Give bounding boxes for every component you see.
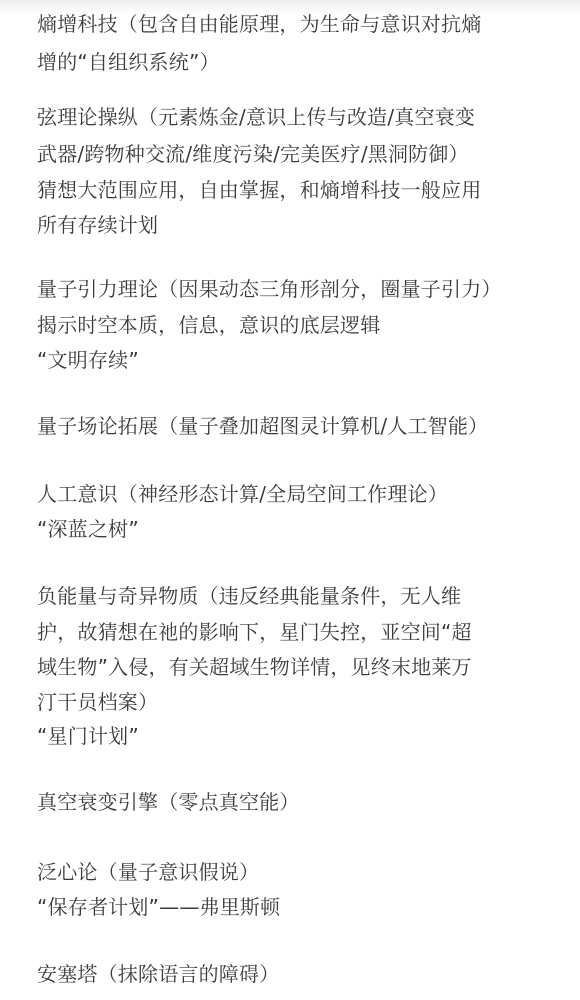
section-6-line-4: 汀干员档案） bbox=[37, 690, 158, 714]
section-6-line-5: “星门计划” bbox=[37, 724, 139, 748]
section-2-line-2: 武器/跨物种交流/维度污染/完美医疗/黑洞防御） bbox=[37, 142, 469, 166]
section-2-line-3: 猜想大范围应用，自由掌握，和熵增科技一般应用 bbox=[37, 178, 481, 202]
section-6-line-1: 负能量与奇异物质（违反经典能量条件，无人维 bbox=[37, 584, 461, 608]
section-6-line-2: 护，故猜想在祂的影响下，星门失控，亚空间“超 bbox=[37, 620, 472, 644]
section-5-line-2: “深蓝之树” bbox=[37, 517, 139, 541]
section-6-line-3: 域生物”入侵，有关超域生物详情，见终末地莱万 bbox=[37, 655, 472, 679]
section-5-line-1: 人工意识（神经形态计算/全局空间工作理论） bbox=[37, 482, 448, 506]
section-1-line-2: 增的“自组织系统”） bbox=[37, 50, 220, 74]
section-1-line-1: 熵增科技（包含自由能原理，为生命与意识对抗熵 bbox=[37, 12, 481, 36]
section-3-line-2: 揭示时空本质，信息，意识的底层逻辑 bbox=[37, 313, 380, 337]
section-4-line-1: 量子场论拓展（量子叠加超图灵计算机/人工智能） bbox=[37, 414, 488, 438]
section-3-line-1: 量子引力理论（因果动态三角形剖分，圈量子引力） bbox=[37, 277, 502, 301]
section-3-line-3: “文明存续” bbox=[37, 348, 139, 372]
section-2-line-1: 弦理论操纵（元素炼金/意识上传与改造/真空衰变 bbox=[37, 105, 475, 129]
section-8-line-1: 泛心论（量子意识假说） bbox=[37, 860, 259, 884]
section-9-line-1: 安塞塔（抹除语言的障碍） bbox=[37, 962, 279, 986]
section-8-line-2: “保存者计划”——弗里斯顿 bbox=[37, 895, 280, 919]
section-2-line-4: 所有存续计划 bbox=[37, 213, 158, 237]
section-7-line-1: 真空衰变引擎（零点真空能） bbox=[37, 790, 300, 814]
